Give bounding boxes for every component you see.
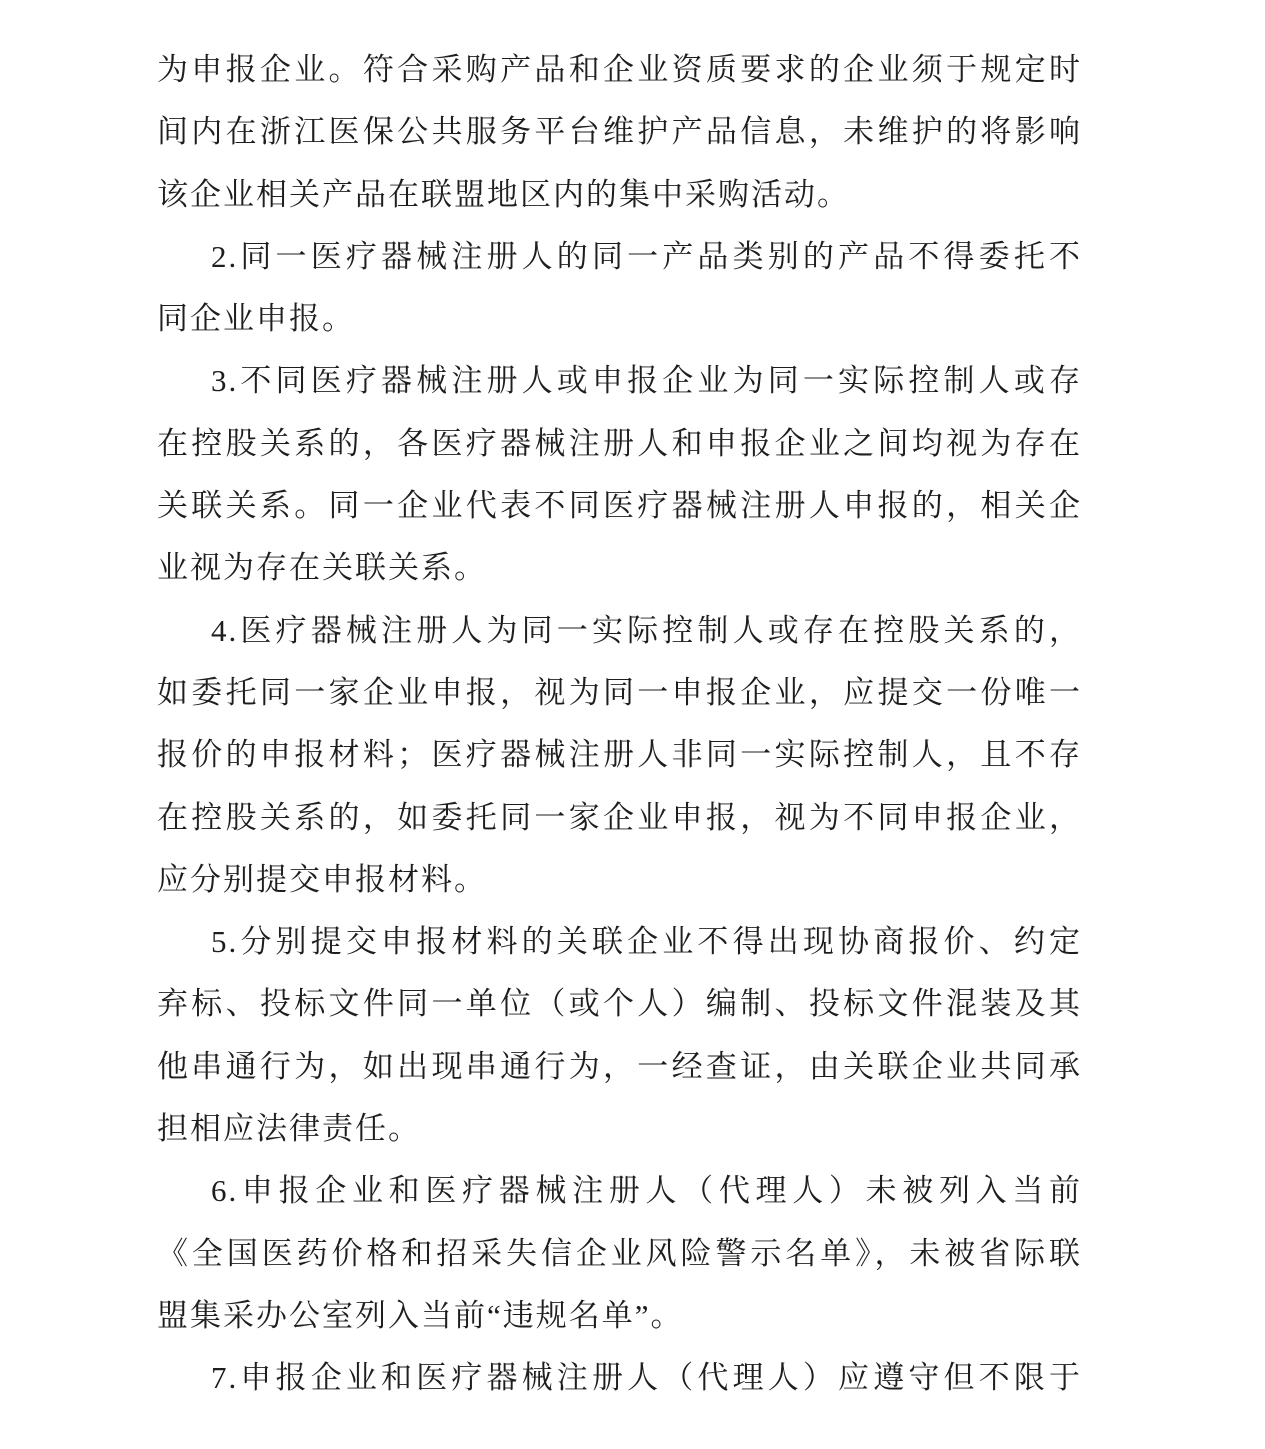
text-line: 7.申报企业和医疗器械注册人（代理人）应遵守但不限于	[157, 1347, 1082, 1409]
text-line: 2.同一医疗器械注册人的同一产品类别的产品不得委托不	[157, 226, 1082, 288]
text-line: 3.不同医疗器械注册人或申报企业为同一实际控制人或存	[157, 350, 1082, 412]
text-line: 间内在浙江医保公共服务平台维护产品信息，未维护的将影响	[157, 101, 1082, 163]
text-line: 《全国医药价格和招采失信企业风险警示名单》，未被省际联	[157, 1223, 1082, 1285]
text-line: 4.医疗器械注册人为同一实际控制人或存在控股关系的，	[157, 600, 1082, 662]
text-line: 应分别提交申报材料。	[157, 849, 1082, 911]
text-line: 他串通行为，如出现串通行为，一经查证，由关联企业共同承	[157, 1036, 1082, 1098]
paragraph-item-3: 3.不同医疗器械注册人或申报企业为同一实际控制人或存 在控股关系的，各医疗器械注…	[157, 350, 1082, 599]
paragraph-item-4: 4.医疗器械注册人为同一实际控制人或存在控股关系的， 如委托同一家企业申报，视为…	[157, 600, 1082, 911]
text-line: 业视为存在关联关系。	[157, 537, 1082, 599]
text-line: 担相应法律责任。	[157, 1098, 1082, 1160]
text-line: 在控股关系的，如委托同一家企业申报，视为不同申报企业，	[157, 787, 1082, 849]
paragraph-item-2: 2.同一医疗器械注册人的同一产品类别的产品不得委托不 同企业申报。	[157, 226, 1082, 351]
paragraph-item-5: 5.分别提交申报材料的关联企业不得出现协商报价、约定 弃标、投标文件同一单位（或…	[157, 911, 1082, 1160]
text-line: 如委托同一家企业申报，视为同一申报企业，应提交一份唯一	[157, 662, 1082, 724]
text-line: 同企业申报。	[157, 288, 1082, 350]
text-line: 6.申报企业和医疗器械注册人（代理人）未被列入当前	[157, 1160, 1082, 1222]
text-line: 为申报企业。符合采购产品和企业资质要求的企业须于规定时	[157, 39, 1082, 101]
text-line: 该企业相关产品在联盟地区内的集中采购活动。	[157, 164, 1082, 226]
text-line: 在控股关系的，各医疗器械注册人和申报企业之间均视为存在	[157, 413, 1082, 475]
text-line: 弃标、投标文件同一单位（或个人）编制、投标文件混装及其	[157, 973, 1082, 1035]
text-line: 5.分别提交申报材料的关联企业不得出现协商报价、约定	[157, 911, 1082, 973]
text-line: 报价的申报材料；医疗器械注册人非同一实际控制人，且不存	[157, 724, 1082, 786]
paragraph-item-6: 6.申报企业和医疗器械注册人（代理人）未被列入当前 《全国医药价格和招采失信企业…	[157, 1160, 1082, 1347]
paragraph-item-7: 7.申报企业和医疗器械注册人（代理人）应遵守但不限于	[157, 1347, 1082, 1409]
text-line: 关联关系。同一企业代表不同医疗器械注册人申报的，相关企	[157, 475, 1082, 537]
paragraph-continuation: 为申报企业。符合采购产品和企业资质要求的企业须于规定时 间内在浙江医保公共服务平…	[157, 39, 1082, 226]
document-page: 为申报企业。符合采购产品和企业资质要求的企业须于规定时 间内在浙江医保公共服务平…	[0, 0, 1265, 1449]
text-line: 盟集采办公室列入当前“违规名单”。	[157, 1285, 1082, 1347]
